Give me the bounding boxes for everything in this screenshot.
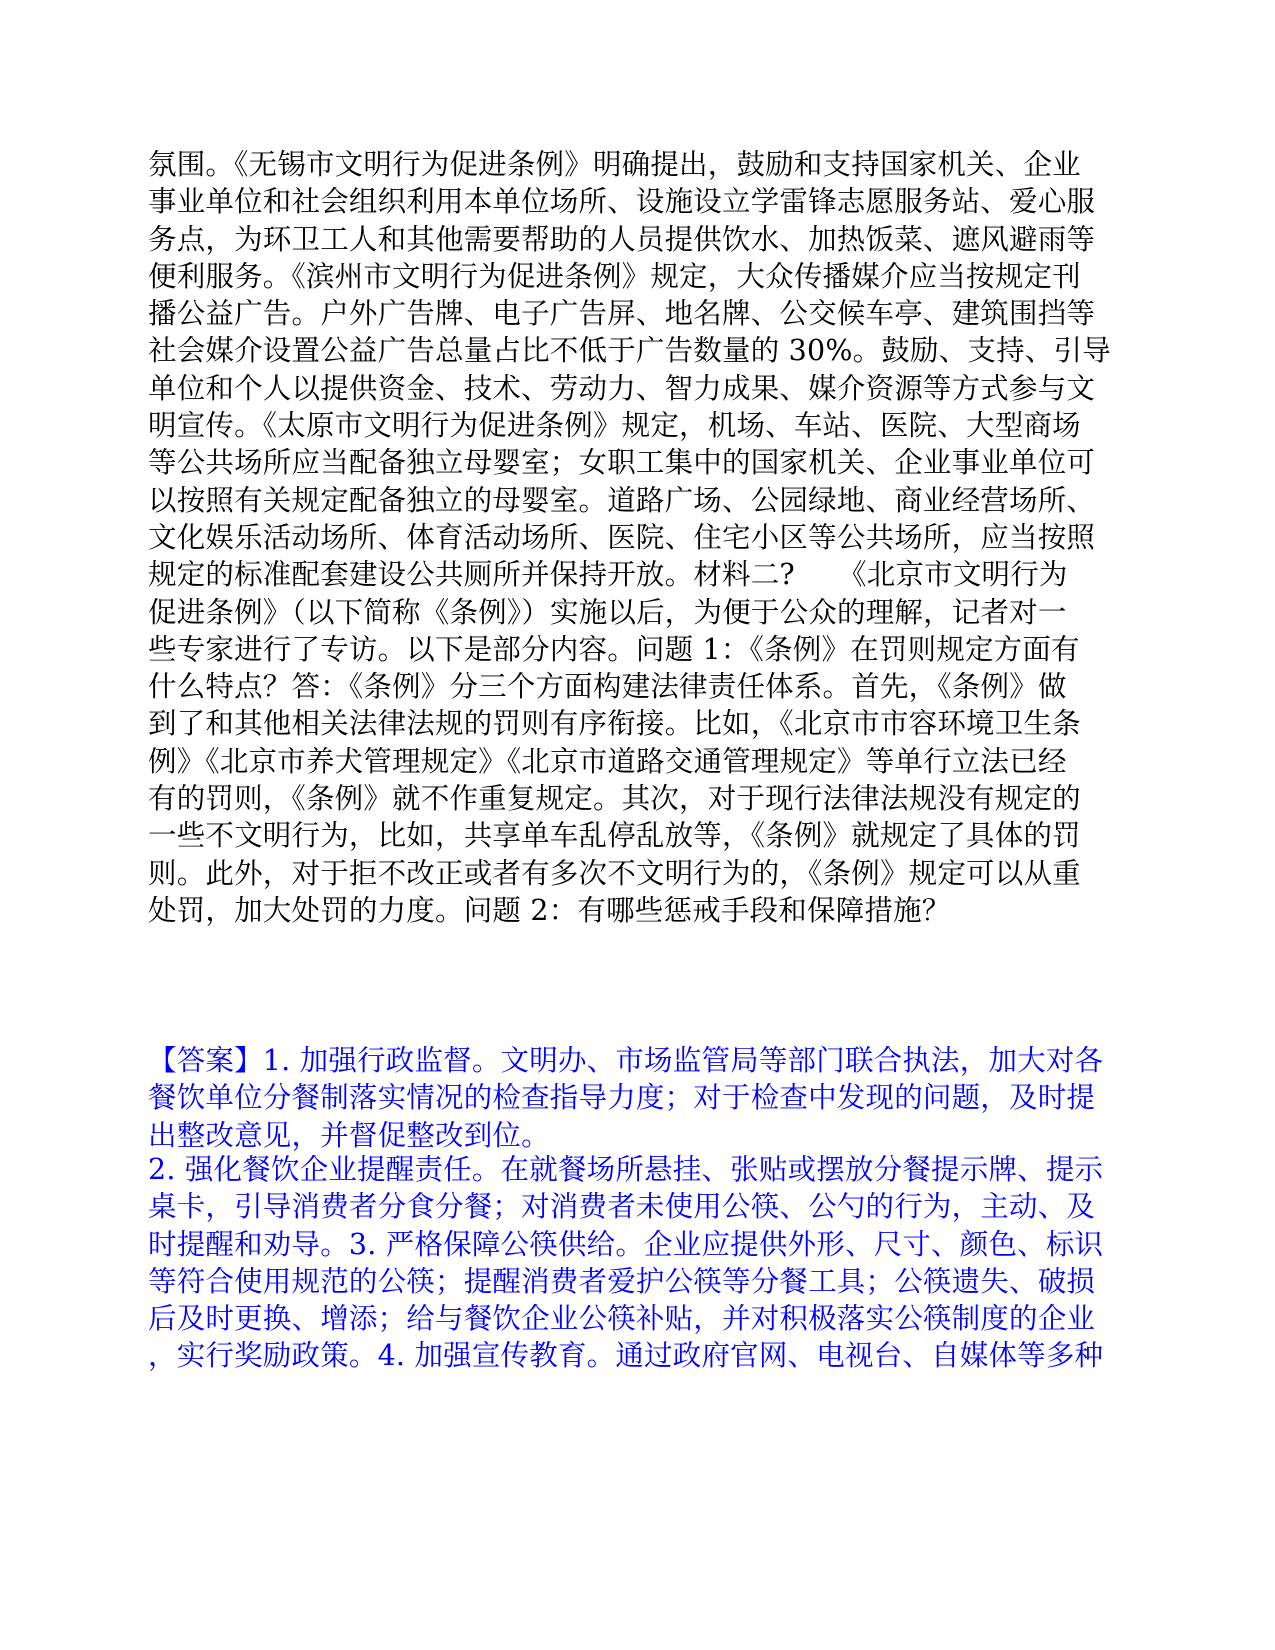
text-line: 氛围。《无锡市文明行为促进条例》明确提出，鼓励和支持国家机关、企业: [148, 146, 1068, 183]
text-line: 有的罚则，《条例》就不作重复规定。其次，对于现行法律法规没有规定的: [148, 780, 1068, 817]
text-line: 以按照有关规定配备独立的母婴室。道路广场、公园绿地、商业经营场所、: [148, 482, 1068, 519]
text-line: 则。此外，对于拒不改正或者有多次不文明行为的，《条例》规定可以从重: [148, 855, 1068, 892]
answer-line: 桌卡，引导消费者分食分餐；对消费者未使用公筷、公勺的行为，主动、及: [148, 1188, 1068, 1225]
answer-paragraph-1: 【答案】1. 加强行政监督。文明办、市场监管局等部门联合执法，加大对各 餐饮单位…: [148, 1042, 1068, 1154]
text-line: 明宣传。《太原市文明行为促进条例》规定，机场、车站、医院、大型商场: [148, 407, 1068, 444]
text-line: 便利服务。《滨州市文明行为促进条例》规定，大众传播媒介应当按规定刊: [148, 258, 1068, 295]
text-line: 务点，为环卫工人和其他需要帮助的人员提供饮水、加热饭菜、遮风避雨等: [148, 221, 1068, 258]
text-line: 文化娱乐活动场所、体育活动场所、医院、住宅小区等公共场所，应当按照: [148, 519, 1068, 556]
text-line: 一些不文明行为，比如，共享单车乱停乱放等，《条例》就规定了具体的罚: [148, 817, 1068, 854]
text-line: 播公益广告。户外广告牌、电子广告屏、地名牌、公交候车亭、建筑围挡等: [148, 295, 1068, 332]
text-line: 事业单位和社会组织利用本单位场所、设施设立学雷锋志愿服务站、爱心服: [148, 183, 1068, 220]
material-text-block: 氛围。《无锡市文明行为促进条例》明确提出，鼓励和支持国家机关、企业 事业单位和社…: [148, 146, 1068, 929]
text-line: 些专家进行了专访。以下是部分内容。问题 1：《条例》在罚则规定方面有: [148, 631, 1068, 668]
answer-line: 【答案】1. 加强行政监督。文明办、市场监管局等部门联合执法，加大对各: [148, 1042, 1068, 1079]
text-line: 到了和其他相关法律法规的罚则有序衔接。比如，《北京市市容环境卫生条: [148, 705, 1068, 742]
answer-line: 餐饮单位分餐制落实情况的检查指导力度；对于检查中发现的问题，及时提: [148, 1079, 1068, 1116]
material-paragraph: 氛围。《无锡市文明行为促进条例》明确提出，鼓励和支持国家机关、企业 事业单位和社…: [148, 146, 1068, 929]
answer-paragraph-2: 2. 强化餐饮企业提醒责任。在就餐场所悬挂、张贴或摆放分餐提示牌、提示 桌卡，引…: [148, 1151, 1068, 1375]
text-line: 单位和个人以提供资金、技术、劳动力、智力成果、媒介资源等方式参与文: [148, 370, 1068, 407]
answer-line: 出整改意见，并督促整改到位。: [148, 1117, 1068, 1154]
text-line: 等公共场所应当配备独立母婴室；女职工集中的国家机关、企业事业单位可: [148, 444, 1068, 481]
answer-line: 时提醒和劝导。3. 严格保障公筷供给。企业应提供外形、尺寸、颜色、标识: [148, 1226, 1068, 1263]
answer-line: 2. 强化餐饮企业提醒责任。在就餐场所悬挂、张贴或摆放分餐提示牌、提示: [148, 1151, 1068, 1188]
answer-block-2: 2. 强化餐饮企业提醒责任。在就餐场所悬挂、张贴或摆放分餐提示牌、提示 桌卡，引…: [148, 1151, 1068, 1375]
answer-line: ，实行奖励政策。4. 加强宣传教育。通过政府官网、电视台、自媒体等多种: [148, 1337, 1068, 1374]
text-line: 什么特点？答：《条例》分三个方面构建法律责任体系。首先，《条例》做: [148, 668, 1068, 705]
text-line: 规定的标准配套建设公共厕所并保持开放。材料二? 《北京市文明行为: [148, 556, 1068, 593]
answer-block-1: 【答案】1. 加强行政监督。文明办、市场监管局等部门联合执法，加大对各 餐饮单位…: [148, 1042, 1068, 1154]
text-line: 社会媒介设置公益广告总量占比不低于广告数量的 30%。鼓励、支持、引导: [148, 332, 1068, 369]
text-line: 例》《北京市养犬管理规定》《北京市道路交通管理规定》等单行立法已经: [148, 743, 1068, 780]
text-line: 促进条例》（以下简称《条例》）实施以后，为便于公众的理解，记者对一: [148, 594, 1068, 631]
text-line: 处罚，加大处罚的力度。问题 2：有哪些惩戒手段和保障措施？: [148, 892, 1068, 929]
answer-line: 等符合使用规范的公筷；提醒消费者爱护公筷等分餐工具；公筷遗失、破损: [148, 1263, 1068, 1300]
answer-line: 后及时更换、增添；给与餐饮企业公筷补贴，并对积极落实公筷制度的企业: [148, 1300, 1068, 1337]
